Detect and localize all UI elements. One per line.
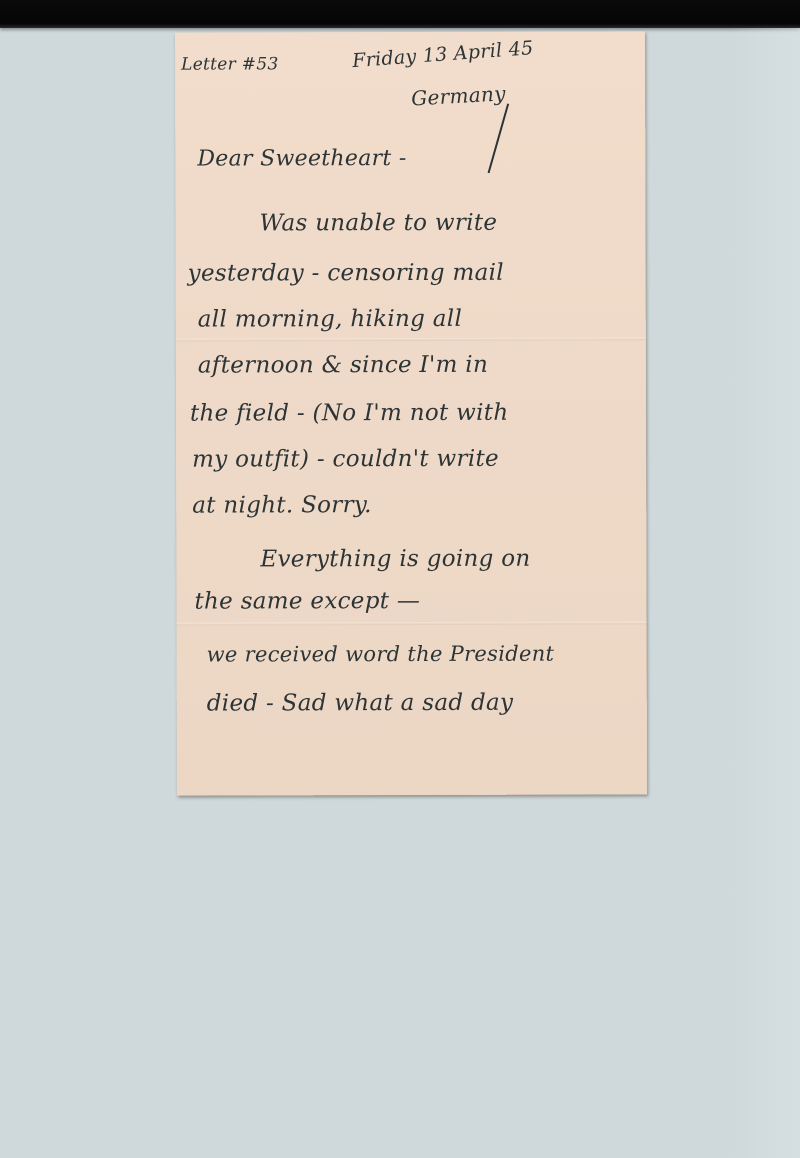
scan-background	[730, 28, 800, 1158]
letter-place: Germany	[411, 81, 507, 110]
body-line: the field - (No I'm not with	[190, 400, 509, 427]
fold-line	[177, 621, 647, 625]
salutation: Dear Sweetheart -	[197, 146, 406, 172]
pen-stroke	[488, 103, 510, 173]
body-line: my outfit) - couldn't write	[192, 446, 499, 473]
body-line: at night. Sorry.	[192, 492, 372, 518]
body-line: the same except —	[194, 588, 420, 615]
body-line: all morning, hiking all	[198, 306, 462, 333]
body-line: we received word the President	[207, 642, 555, 667]
body-line: Everything is going on	[260, 546, 530, 573]
letter-page: Letter #53 Friday 13 April 45 Germany De…	[175, 31, 647, 795]
body-line: died - Sad what a sad day	[207, 690, 514, 717]
body-line: afternoon & since I'm in	[198, 352, 488, 379]
scanner-top-bar	[0, 0, 800, 28]
letter-date: Friday 13 April 45	[352, 37, 535, 72]
letter-number: Letter #53	[181, 54, 279, 74]
body-line: Was unable to write	[259, 210, 497, 237]
body-line: yesterday - censoring mail	[188, 260, 504, 287]
fold-line	[176, 337, 646, 341]
